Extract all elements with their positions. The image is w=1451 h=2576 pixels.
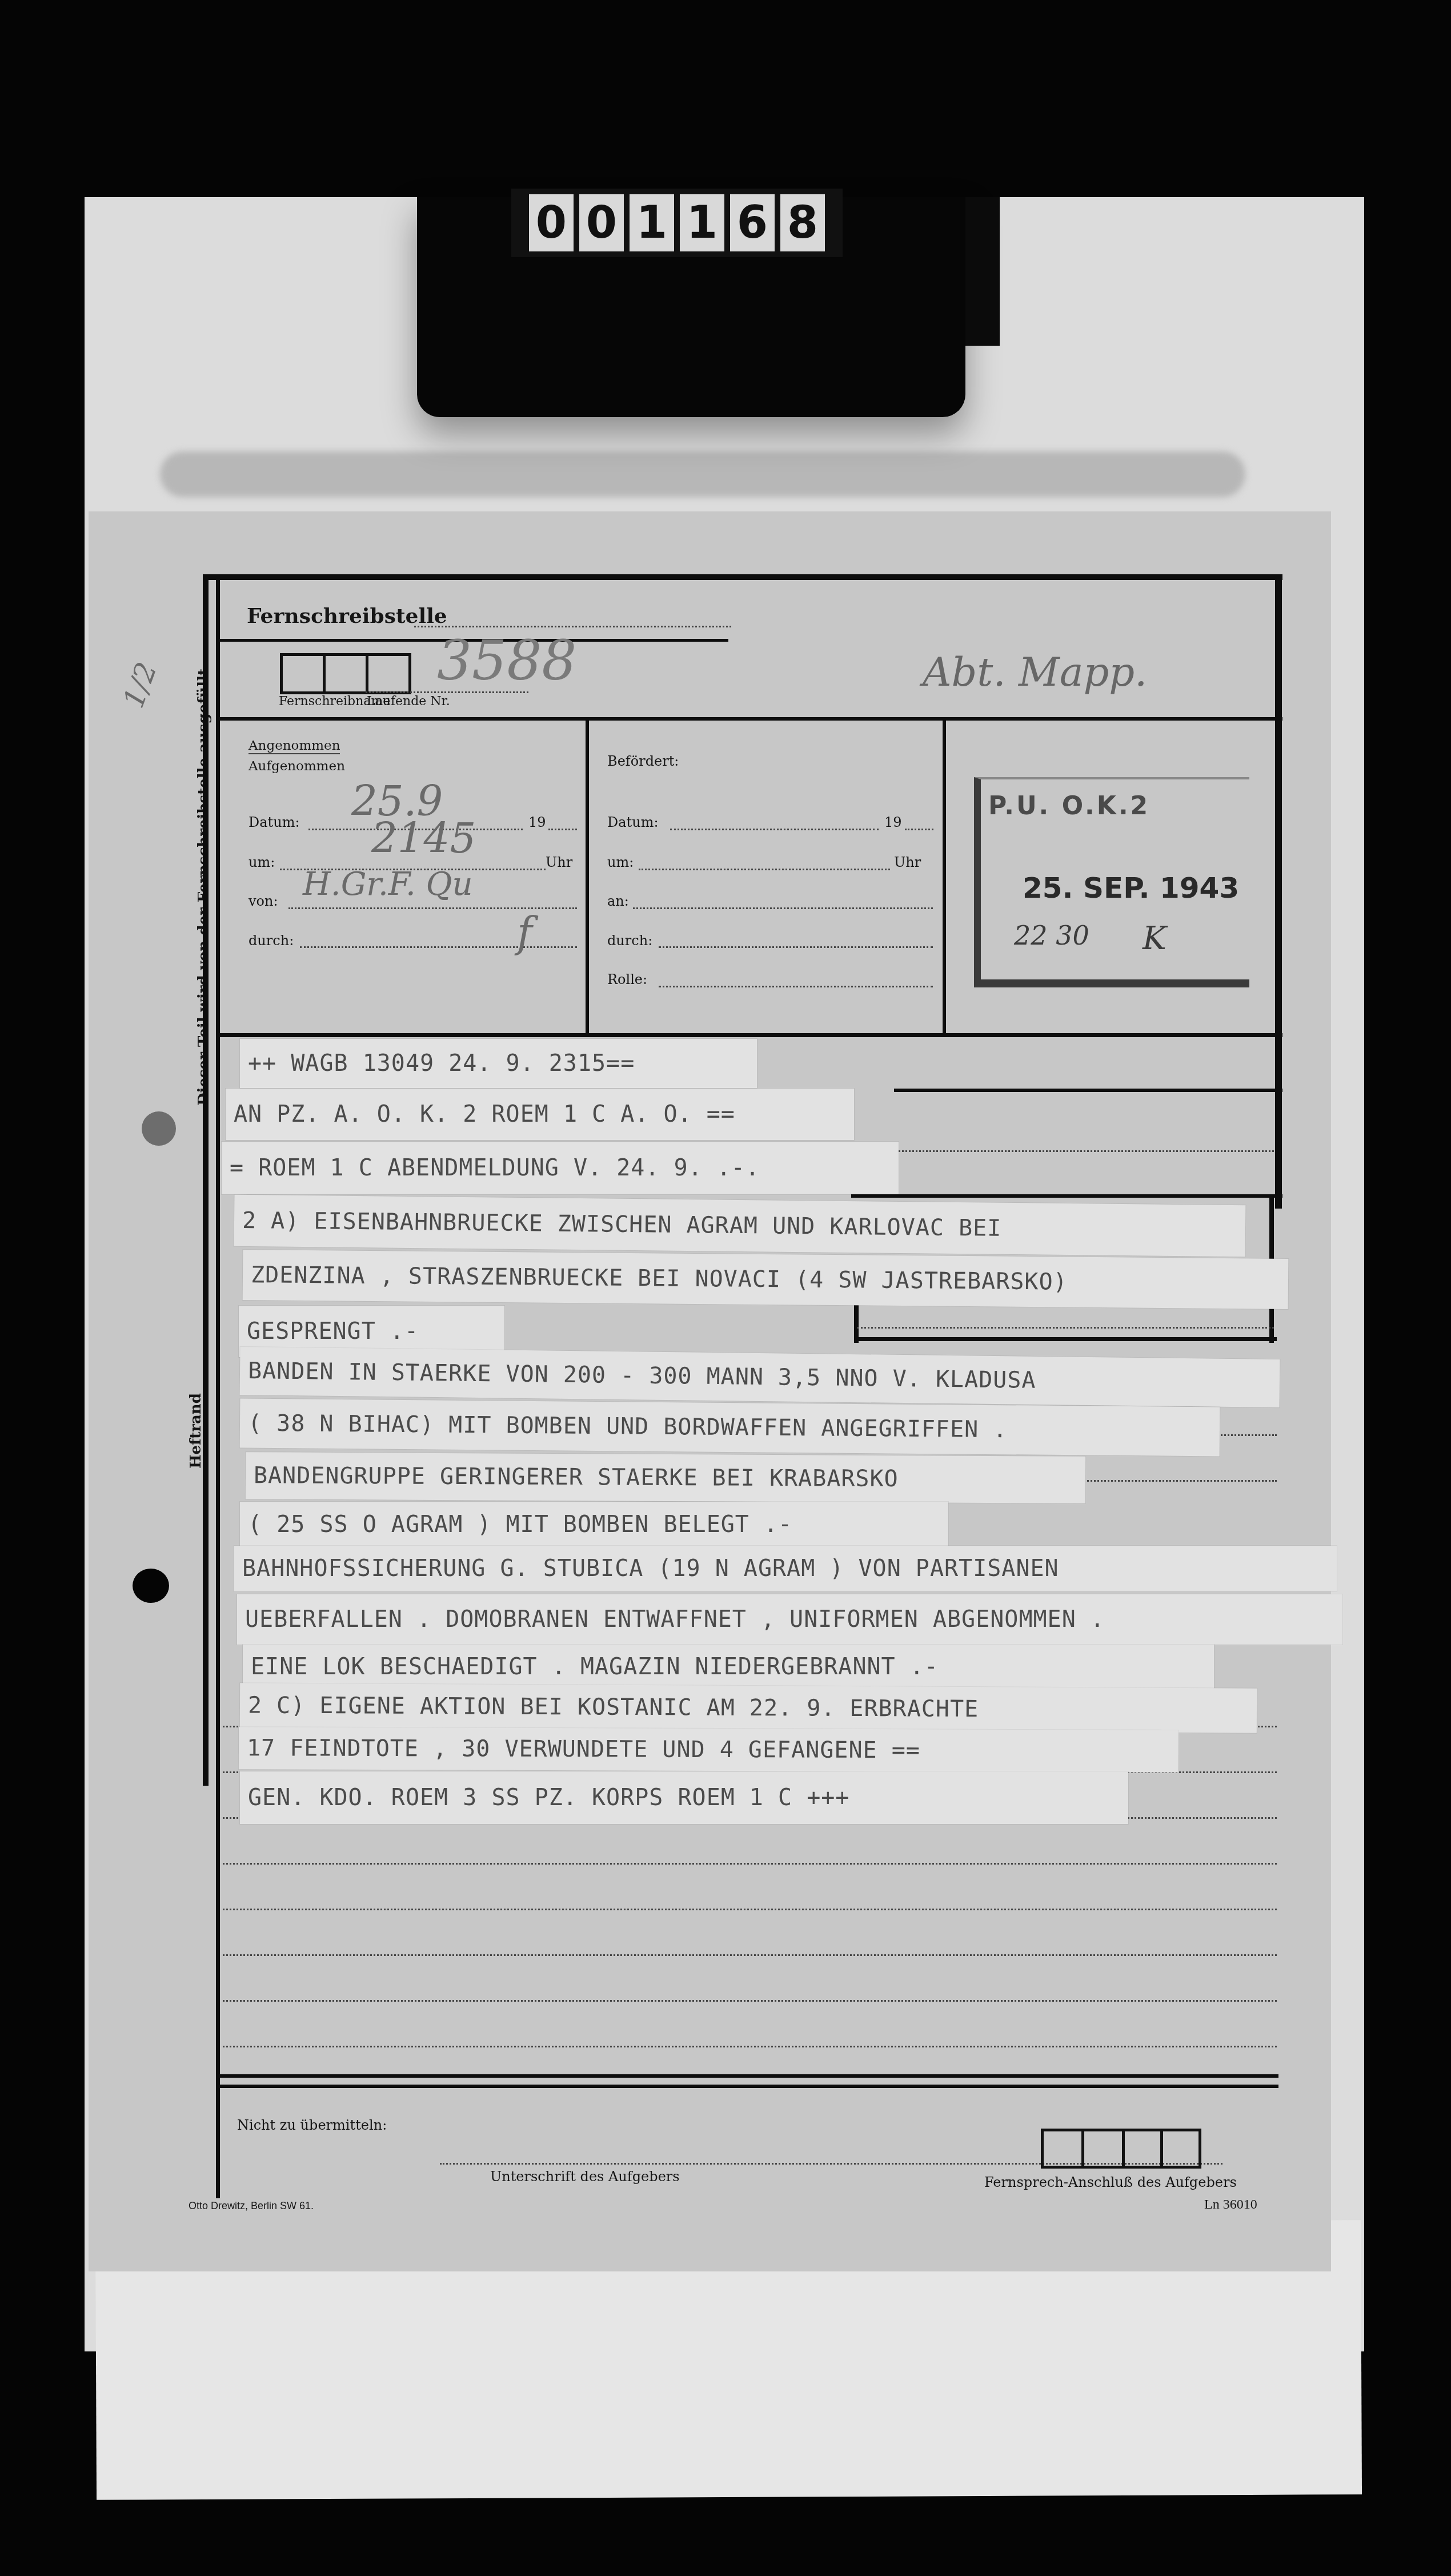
phone-boxes <box>1041 2129 1201 2169</box>
nicht-uebermitteln-label: Nicht zu übermitteln: <box>237 2117 387 2133</box>
message-line: ( 38 N BIHAC) MIT BOMBEN UND BORDWAFFEN … <box>240 1399 1220 1457</box>
fwd-durch-field[interactable] <box>659 946 933 948</box>
fwd-an-field[interactable] <box>633 907 933 909</box>
fwd-datum-label: Datum: <box>607 814 659 830</box>
fwd-year-field[interactable] <box>905 829 933 830</box>
durch-value: f <box>517 909 532 957</box>
frame-right-lower <box>1275 1089 1282 1209</box>
column-divider <box>943 720 946 1034</box>
message-rule <box>854 1337 1277 1341</box>
uhr-label: Uhr <box>546 854 572 870</box>
message-line <box>223 1954 1277 1956</box>
von-value: H.Gr.F. Qu <box>303 866 473 903</box>
fwd-um-label: um: <box>607 854 634 870</box>
message-line <box>857 1327 1274 1329</box>
message-rule <box>851 1194 1282 1198</box>
shadow <box>160 451 1245 497</box>
counter-digit: 6 <box>730 194 775 251</box>
message-line: 2 A) EISENBAHNBRUECKE ZWISCHEN AGRAM UND… <box>234 1195 1246 1257</box>
year-prefix: 19 <box>528 814 546 830</box>
stamp-header: P.U. O.K.2 <box>988 791 1150 821</box>
message-rule <box>894 1089 1282 1092</box>
footer-rule <box>216 2074 1278 2078</box>
form-title: Fernschreibstelle <box>247 604 447 628</box>
footer-rule <box>216 2085 1278 2088</box>
title-dotted-line <box>414 626 731 627</box>
fwd-rolle-field[interactable] <box>659 986 933 987</box>
fernschreibname-boxes <box>280 653 411 694</box>
durch-label: durch: <box>248 933 294 949</box>
message-line: ( 25 SS O AGRAM ) MIT BOMBEN BELEGT .- <box>240 1502 948 1547</box>
message-top-rule <box>220 1033 1282 1037</box>
befoerdert-label: Befördert: <box>607 753 679 769</box>
counter-digit: 0 <box>579 194 624 251</box>
frame-left-inner <box>216 578 220 2198</box>
box-cell[interactable] <box>1084 2131 1125 2166</box>
counter-digit: 1 <box>680 194 724 251</box>
fwd-uhr-label: Uhr <box>894 854 921 870</box>
message-line <box>1074 1480 1277 1482</box>
heftrand-label: Heftrand <box>187 1393 205 1469</box>
phone-label: Fernsprech-Anschluß des Aufgebers <box>984 2174 1237 2190</box>
message-line: 2 C) EIGENE AKTION BEI KOSTANIC AM 22. 9… <box>240 1683 1257 1733</box>
fwd-datum-field[interactable] <box>670 829 879 830</box>
box-cell[interactable] <box>1163 2131 1199 2166</box>
message-line: 17 FEINDTOTE , 30 VERWUNDETE UND 4 GEFAN… <box>239 1727 1179 1773</box>
frame-top <box>203 574 1282 580</box>
laufende-nr-value: 3588 <box>437 629 576 693</box>
stamp-time: 22 30 <box>1014 920 1089 951</box>
printer-imprint: Otto Drewitz, Berlin SW 61. <box>189 2200 314 2212</box>
durch-field[interactable] <box>300 946 577 948</box>
angenommen-label: Angenommen <box>248 738 340 754</box>
counter-digit: 8 <box>780 194 825 251</box>
fwd-um-field[interactable] <box>639 869 890 870</box>
punch-hole <box>142 1111 176 1146</box>
year-field[interactable] <box>548 829 577 830</box>
frame-left-outer <box>203 574 209 1786</box>
column-divider <box>586 720 589 1034</box>
box-cell[interactable] <box>368 656 408 691</box>
counter-digit: 1 <box>630 194 674 251</box>
message-line <box>223 1909 1277 1910</box>
um-value: 2145 <box>371 814 476 862</box>
message-line: ZDENZINA , STRASZENBRUECKE BEI NOVACI (4… <box>243 1250 1289 1309</box>
message-line: AN PZ. A. O. K. 2 ROEM 1 C A. O. == <box>226 1089 854 1140</box>
form-number: Ln 36010 <box>1204 2197 1257 2213</box>
message-line: BAHNHOFSSICHERUNG G. STUBICA (19 N AGRAM… <box>234 1546 1337 1591</box>
message-line: BANDENGRUPPE GERINGERER STAERKE BEI KRAB… <box>246 1452 1085 1503</box>
message-line: EINE LOK BESCHAEDIGT . MAGAZIN NIEDERGEB… <box>243 1645 1214 1689</box>
stamp-initial: K <box>1143 920 1167 957</box>
box-cell[interactable] <box>1125 2131 1163 2166</box>
fwd-year-prefix: 19 <box>884 814 902 830</box>
box-cell[interactable] <box>326 656 368 691</box>
counter-digit: 0 <box>529 194 574 251</box>
message-line <box>857 1150 1274 1152</box>
message-line: = ROEM 1 C ABENDMELDUNG V. 24. 9. .-. <box>222 1142 899 1194</box>
message-line <box>223 2046 1277 2047</box>
frame-counter: 0 0 1 1 6 8 <box>511 189 843 257</box>
section-rule <box>220 717 1282 721</box>
um-label: um: <box>248 854 275 870</box>
message-line: ++ WAGB 13049 24. 9. 2315== <box>240 1039 757 1088</box>
von-field[interactable] <box>288 907 577 909</box>
datum-label: Datum: <box>248 814 300 830</box>
aufgenommen-label: Aufgenommen <box>248 759 345 774</box>
message-line <box>223 1863 1277 1865</box>
von-label: von: <box>248 893 278 909</box>
fwd-rolle-label: Rolle: <box>607 971 647 987</box>
message-line: UEBERFALLEN . DOMOBRANEN ENTWAFFNET , UN… <box>237 1594 1342 1645</box>
fwd-an-label: an: <box>607 893 629 909</box>
box-cell[interactable] <box>283 656 326 691</box>
stamp-date: 25. SEP. 1943 <box>1023 871 1239 905</box>
message-line <box>223 2000 1277 2002</box>
handwritten-signature: Abt. Mapp. <box>923 649 1147 695</box>
box-cell[interactable] <box>1044 2131 1084 2166</box>
fwd-durch-label: durch: <box>607 933 652 949</box>
message-line: GEN. KDO. ROEM 3 SS PZ. KORPS ROEM 1 C +… <box>240 1771 1128 1824</box>
punch-hole <box>133 1569 169 1603</box>
signature-label: Unterschrift des Aufgebers <box>490 2169 680 2185</box>
counter-clip <box>965 197 1000 346</box>
laufende-nr-label: Laufende Nr. <box>367 694 450 709</box>
